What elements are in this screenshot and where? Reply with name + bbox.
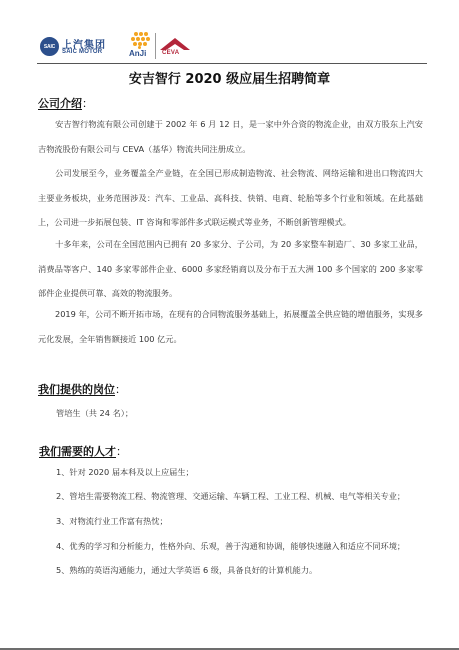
logo-divider (155, 33, 156, 59)
heading-text: 公司介绍 (38, 97, 82, 110)
heading-text: 我们需要的人才 (39, 445, 116, 458)
heading-text: 我们提供的岗位 (38, 383, 115, 396)
heading-colon: ： (116, 445, 127, 458)
intro-paragraph-2: 公司发展至今，业务覆盖全产业链，在全国已形成制造物流、社会物流、网络运输和进出口… (38, 161, 423, 235)
section-heading-company-intro: 公司介绍： (38, 95, 93, 111)
intro-paragraph-1: 安吉智行物流有限公司创建于 2002 年 6 月 12 日，是一家中外合资的物流… (38, 112, 423, 161)
anji-dots-icon (130, 32, 150, 49)
heading-colon: ： (82, 97, 93, 110)
paragraph-text: 2019 年，公司不断开拓市场，在现有的合同物流服务基础上，拓展覆盖全供应链的增… (38, 309, 423, 344)
talent-item-1: 1、针对 2020 届本科及以上应届生； (56, 467, 194, 478)
document-page: SAIC 上汽集团 SAIC MOTOR AnJi CEVA 安吉智行 2020… (0, 0, 459, 648)
saic-badge-text: SAIC (44, 44, 55, 50)
section-heading-talent: 我们需要的人才： (39, 443, 127, 459)
paragraph-text: 安吉智行物流有限公司创建于 2002 年 6 月 12 日，是一家中外合资的物流… (38, 119, 423, 154)
header-divider (37, 63, 427, 64)
section-heading-positions: 我们提供的岗位： (38, 381, 126, 397)
talent-item-3: 3、对物流行业工作富有热忱； (56, 516, 168, 527)
paragraph-text: 公司发展至今，业务覆盖全产业链，在全国已形成制造物流、社会物流、网络运输和进出口… (38, 168, 423, 227)
intro-paragraph-4: 2019 年，公司不断开拓市场，在现有的合同物流服务基础上，拓展覆盖全供应链的增… (38, 302, 423, 351)
talent-item-5: 5、熟练的英语沟通能力，通过大学英语 6 级，具备良好的计算机能力。 (56, 565, 317, 576)
intro-paragraph-3: 十多年来，公司在全国范围内已拥有 20 多家分、子公司，为 20 多家整车制造厂… (38, 232, 423, 306)
anji-logo-text: AnJi (129, 49, 146, 58)
ceva-logo-text: CEVA (162, 50, 179, 56)
saic-english-name: SAIC MOTOR (62, 49, 102, 55)
paragraph-text: 十多年来，公司在全国范围内已拥有 20 多家分、子公司，为 20 多家整车制造厂… (38, 239, 423, 298)
talent-item-2: 2、管培生需要物流工程、物流管理、交通运输、车辆工程、工业工程、机械、电气等相关… (56, 491, 405, 502)
heading-colon: ： (115, 383, 126, 396)
page-title: 安吉智行 2020 级应届生招聘简章 (0, 68, 459, 87)
talent-item-4: 4、优秀的学习和分析能力，性格外向、乐观，善于沟通和协调，能够快速融入和适应不同… (56, 541, 405, 552)
saic-logo-icon: SAIC (40, 37, 59, 56)
position-item: 管培生（共 24 名）； (56, 408, 133, 419)
